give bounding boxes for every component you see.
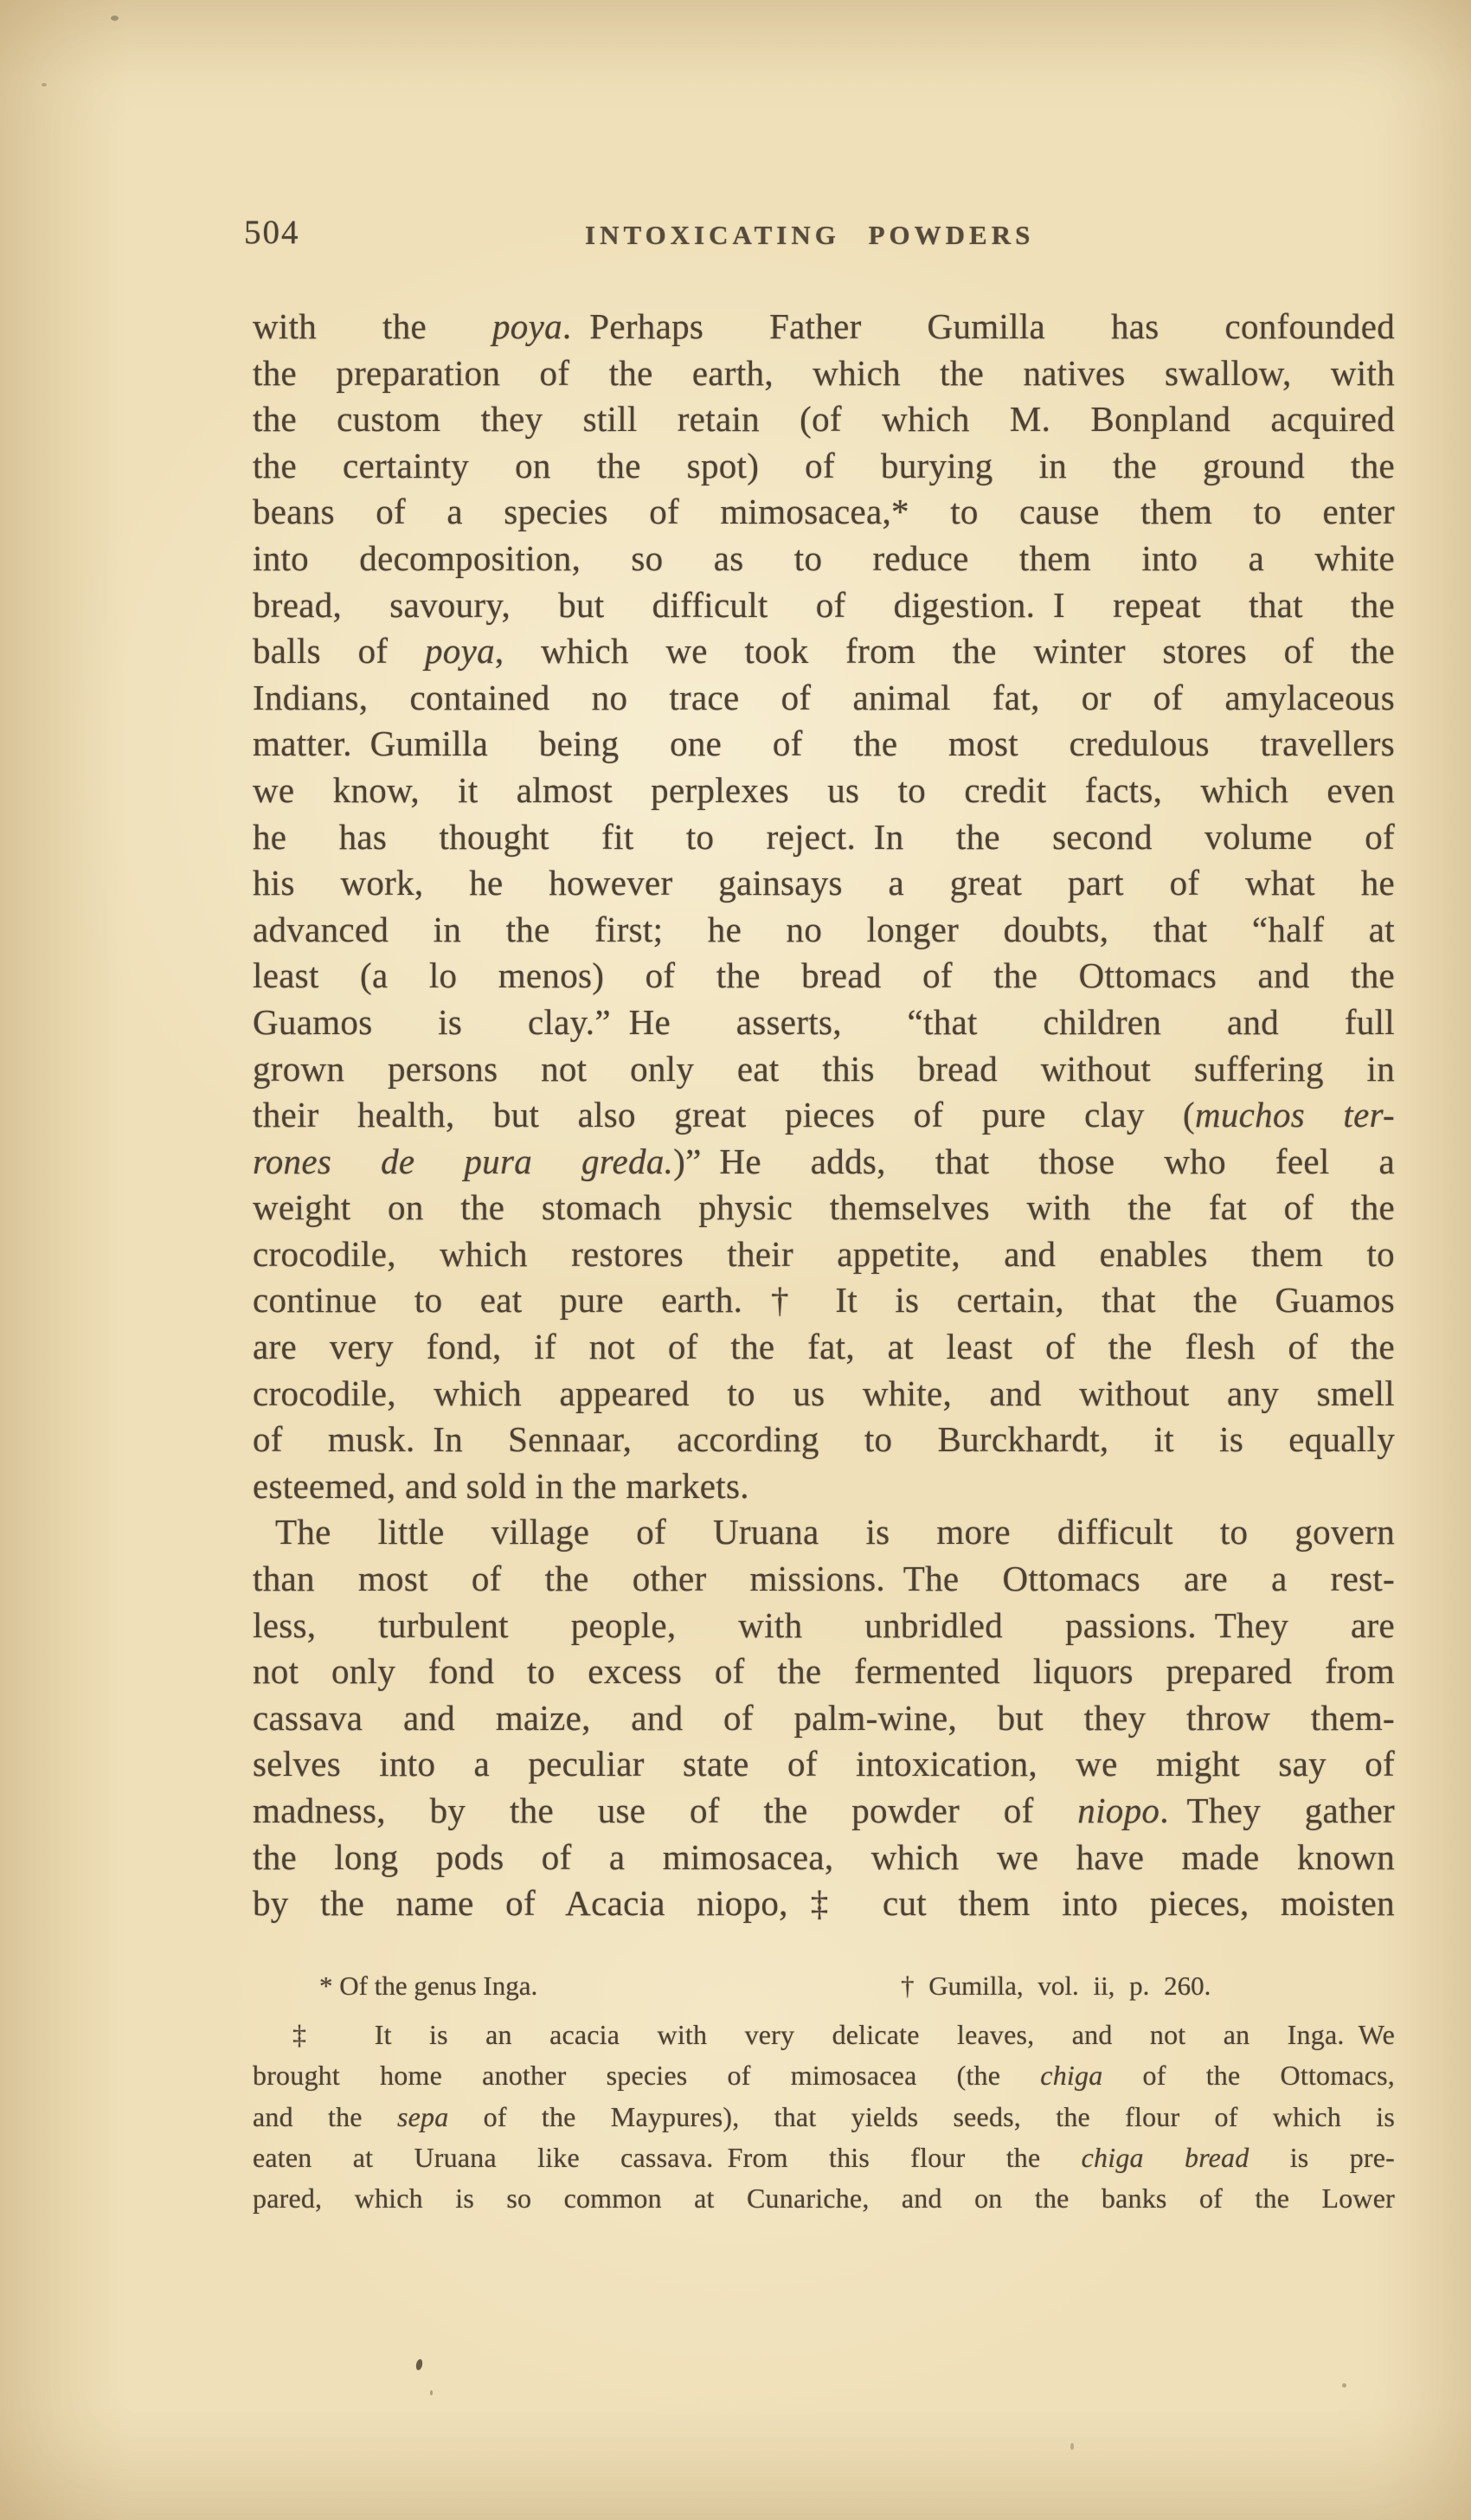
ink-speck bbox=[415, 2358, 424, 2370]
body-line: selves into a peculiar state of intoxica… bbox=[253, 1741, 1395, 1788]
body-line: we know, it almost perplexes us to credi… bbox=[253, 768, 1395, 814]
text-segment: less, turbulent people, with unbridled p… bbox=[253, 1605, 1395, 1645]
ink-speck bbox=[42, 83, 47, 87]
body-text: with the poya. Perhaps Father Gumilla ha… bbox=[253, 304, 1395, 1927]
text-segment: pared, which is so common at Cunariche, … bbox=[253, 2182, 1395, 2214]
body-line: bread, savoury, but difficult of digesti… bbox=[253, 582, 1395, 629]
text-segment: by the name of Acacia niopo,‡ cut them i… bbox=[253, 1883, 1395, 1923]
book-page: 504 INTOXICATING POWDERS with the poya. … bbox=[0, 0, 1471, 2520]
text-segment: esteemed, and sold in the markets. bbox=[253, 1466, 749, 1506]
italic-text: niopo bbox=[1077, 1790, 1159, 1830]
text-segment: least (a lo menos) of the bread of the O… bbox=[253, 955, 1395, 995]
text-segment: Guamos is clay.” He asserts, “that child… bbox=[253, 1002, 1395, 1042]
body-line: rones de pura greda.)” He adds, that tho… bbox=[253, 1139, 1395, 1186]
text-segment: )” He adds, that those who feel a bbox=[673, 1141, 1395, 1181]
text-segment: the long pods of a mimosacea, which we h… bbox=[253, 1837, 1395, 1877]
body-line: least (a lo menos) of the bread of the O… bbox=[253, 953, 1395, 1000]
body-line: crocodile, which restores their appetite… bbox=[253, 1231, 1395, 1278]
text-segment: selves into a peculiar state of intoxica… bbox=[253, 1744, 1395, 1784]
text-segment: bread, savoury, but difficult of digesti… bbox=[253, 585, 1395, 625]
footnote-line: pared, which is so common at Cunariche, … bbox=[253, 2178, 1395, 2219]
text-segment: into decomposition, so as to reduce them… bbox=[253, 538, 1395, 578]
footnote-genus-inga: * Of the genus Inga. bbox=[319, 1965, 537, 2006]
italic-text: poya bbox=[492, 306, 562, 346]
text-segment: crocodile, which restores their appetite… bbox=[253, 1234, 1395, 1274]
footnote-line: ‡ It is an acacia with very delicate lea… bbox=[253, 2015, 1395, 2055]
text-segment: The little village of Uruana is more dif… bbox=[275, 1512, 1395, 1552]
body-line: The little village of Uruana is more dif… bbox=[253, 1509, 1395, 1556]
body-line: beans of a species of mimosacea,* to cau… bbox=[253, 489, 1395, 536]
footnote-block: ‡ It is an acacia with very delicate lea… bbox=[253, 2015, 1395, 2219]
body-line: Indians, contained no trace of animal fa… bbox=[253, 675, 1395, 722]
text-segment: . They gather bbox=[1159, 1790, 1395, 1830]
text-segment: madness, by the use of the powder of bbox=[253, 1790, 1077, 1830]
body-line: by the name of Acacia niopo,‡ cut them i… bbox=[253, 1880, 1395, 1927]
text-segment: he has thought fit to reject. In the sec… bbox=[253, 817, 1395, 857]
text-segment: Indians, contained no trace of animal fa… bbox=[253, 678, 1395, 717]
text-segment: not only fond to excess of the fermented… bbox=[253, 1651, 1395, 1691]
text-segment: of the Maypures), that yields seeds, the… bbox=[448, 2101, 1395, 2132]
text-segment: continue to eat pure earth.† It is certa… bbox=[253, 1280, 1395, 1320]
body-line: the long pods of a mimosacea, which we h… bbox=[253, 1835, 1395, 1881]
body-line: their health, but also great pieces of p… bbox=[253, 1092, 1395, 1139]
body-line: his work, he however gainsays a great pa… bbox=[253, 860, 1395, 907]
text-segment: crocodile, which appeared to us white, a… bbox=[253, 1373, 1395, 1413]
body-line: Guamos is clay.” He asserts, “that child… bbox=[253, 1000, 1395, 1046]
text-segment: . Perhaps Father Gumilla has confounded bbox=[562, 306, 1395, 346]
text-segment: grown persons not only eat this bread wi… bbox=[253, 1049, 1395, 1089]
body-line: cassava and maize, and of palm-wine, but… bbox=[253, 1695, 1395, 1742]
text-segment: of musk. In Sennaar, according to Burckh… bbox=[253, 1419, 1395, 1459]
text-segment: cassava and maize, and of palm-wine, but… bbox=[253, 1698, 1395, 1738]
text-segment: and the bbox=[253, 2101, 397, 2132]
footnote-line: and the sepa of the Maypures), that yiel… bbox=[253, 2097, 1395, 2137]
body-line: are very fond, if not of the fat, at lea… bbox=[253, 1324, 1395, 1371]
italic-text: chiga bread bbox=[1082, 2142, 1249, 2173]
text-segment: the certainty on the spot) of burying in… bbox=[253, 446, 1395, 485]
body-line: weight on the stomach physic themselves … bbox=[253, 1185, 1395, 1231]
text-segment: their health, but also great pieces of p… bbox=[253, 1095, 1195, 1135]
text-segment: of the Ottomacs, bbox=[1102, 2060, 1395, 2091]
body-line: not only fond to excess of the fermented… bbox=[253, 1649, 1395, 1695]
body-line: the custom they still retain (of which M… bbox=[253, 396, 1395, 443]
page-number: 504 bbox=[244, 213, 300, 252]
text-segment: we know, it almost perplexes us to credi… bbox=[253, 770, 1395, 810]
text-segment: his work, he however gainsays a great pa… bbox=[253, 863, 1395, 903]
body-line: with the poya. Perhaps Father Gumilla ha… bbox=[253, 304, 1395, 350]
running-title: INTOXICATING POWDERS bbox=[585, 220, 1034, 251]
body-line: of musk. In Sennaar, according to Burckh… bbox=[253, 1417, 1395, 1463]
italic-text: muchos ter- bbox=[1195, 1095, 1395, 1135]
footnote-gumilla-ref: † Gumilla, vol. ii, p. 260. bbox=[901, 1965, 1211, 2006]
body-line: the preparation of the earth, which the … bbox=[253, 350, 1395, 397]
body-line: he has thought fit to reject. In the sec… bbox=[253, 814, 1395, 861]
ink-speck bbox=[111, 16, 119, 21]
body-line: esteemed, and sold in the markets. bbox=[253, 1463, 1395, 1510]
italic-text: chiga bbox=[1040, 2060, 1102, 2091]
ink-speck bbox=[1070, 2443, 1074, 2450]
ink-speck bbox=[430, 2390, 433, 2395]
italic-text: sepa bbox=[397, 2101, 448, 2132]
text-segment: the preparation of the earth, which the … bbox=[253, 353, 1395, 393]
text-segment: than most of the other missions. The Ott… bbox=[253, 1559, 1395, 1598]
body-line: crocodile, which appeared to us white, a… bbox=[253, 1371, 1395, 1417]
body-line: grown persons not only eat this bread wi… bbox=[253, 1046, 1395, 1093]
body-line: continue to eat pure earth.† It is certa… bbox=[253, 1277, 1395, 1324]
text-segment: are very fond, if not of the fat, at lea… bbox=[253, 1327, 1395, 1366]
text-segment: brought home another species of mimosace… bbox=[253, 2060, 1040, 2091]
body-line: the certainty on the spot) of burying in… bbox=[253, 443, 1395, 490]
text-segment: beans of a species of mimosacea,* to cau… bbox=[253, 492, 1395, 531]
text-segment: with the bbox=[253, 306, 492, 346]
text-segment: weight on the stomach physic themselves … bbox=[253, 1187, 1395, 1227]
body-line: into decomposition, so as to reduce them… bbox=[253, 536, 1395, 582]
footnote-row: * Of the genus Inga. † Gumilla, vol. ii,… bbox=[253, 1965, 1395, 2006]
footnote-line: eaten at Uruana like cassava. From this … bbox=[253, 2137, 1395, 2178]
text-segment: the custom they still retain (of which M… bbox=[253, 399, 1395, 439]
text-segment: is pre- bbox=[1249, 2142, 1395, 2173]
footnote-line: brought home another species of mimosace… bbox=[253, 2055, 1395, 2096]
body-line: than most of the other missions. The Ott… bbox=[253, 1556, 1395, 1603]
text-segment: eaten at Uruana like cassava. From this … bbox=[253, 2142, 1082, 2173]
body-line: matter. Gumilla being one of the most cr… bbox=[253, 721, 1395, 768]
text-segment: balls of bbox=[253, 631, 425, 671]
text-segment: matter. Gumilla being one of the most cr… bbox=[253, 723, 1395, 763]
text-segment: , which we took from the winter stores o… bbox=[495, 631, 1395, 671]
ink-speck bbox=[1342, 2383, 1346, 2388]
body-line: madness, by the use of the powder of nio… bbox=[253, 1788, 1395, 1835]
italic-text: rones de pura greda. bbox=[253, 1141, 673, 1181]
text-segment: ‡ It is an acacia with very delicate lea… bbox=[292, 2019, 1395, 2050]
body-line: advanced in the first; he no longer doub… bbox=[253, 907, 1395, 954]
body-line: less, turbulent people, with unbridled p… bbox=[253, 1603, 1395, 1649]
body-line: balls of poya, which we took from the wi… bbox=[253, 628, 1395, 675]
italic-text: poya bbox=[425, 631, 495, 671]
text-segment: advanced in the first; he no longer doub… bbox=[253, 910, 1395, 949]
